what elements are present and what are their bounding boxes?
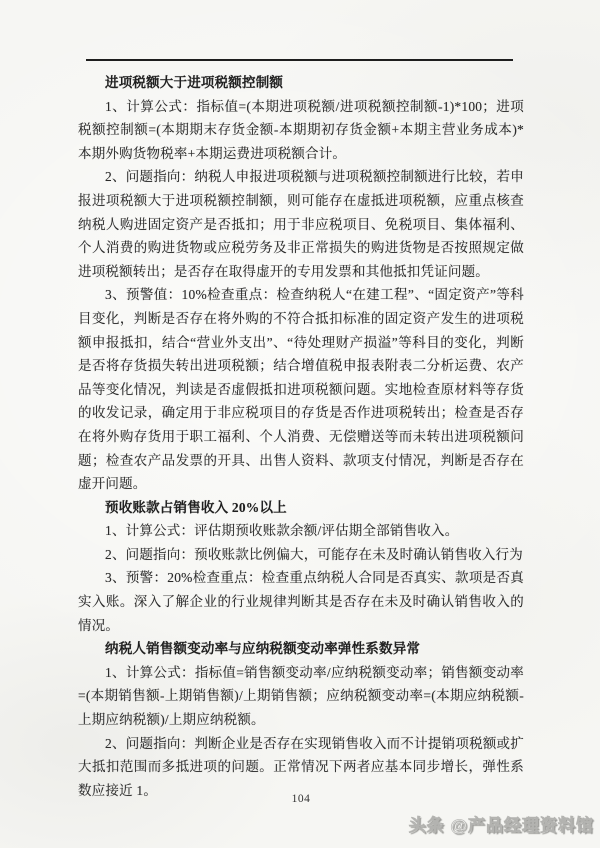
- section-heading: 进项税额大于进项税额控制额: [78, 71, 524, 95]
- paragraph: 1、计算公式：评估期预收账款余额/评估期全部销售收入。: [78, 519, 524, 543]
- section-heading: 纳税人销售额变动率与应纳税额变动率弹性系数异常: [78, 637, 524, 661]
- paragraph: 2、问题指向：预收账款比例偏大，可能存在未及时确认销售收入行为: [78, 543, 524, 567]
- paragraph: 2、问题指向：纳税人申报进项税额与进项税额控制额进行比较，若申报进项税额大于进项…: [78, 165, 524, 283]
- document-page: 进项税额大于进项税额控制额 1、计算公式：指标值=(本期进项税额/进项税额控制额…: [0, 0, 600, 848]
- header-rule: [86, 59, 513, 61]
- paragraph: 2、问题指向：判断企业是否存在实现销售收入而不计提销项税额或扩大抵扣范围而多抵进…: [78, 732, 524, 803]
- watermark: 头条 @产品经理资料馆: [409, 811, 594, 836]
- section-heading: 预收账款占销售收入 20%以上: [78, 496, 524, 520]
- paragraph: 3、预警值：10%检查重点：检查纳税人“在建工程”、“固定资产”等科目变化，判断…: [78, 283, 524, 495]
- page-number: 104: [78, 793, 524, 805]
- paragraph: 3、预警：20%检查重点：检查重点纳税人合同是否真实、款项是否真实入账。深入了解…: [78, 566, 524, 637]
- paragraph: 1、计算公式：指标值=(本期进项税额/进项税额控制额-1)*100；进项税额控制…: [78, 95, 524, 166]
- page-content: 进项税额大于进项税额控制额 1、计算公式：指标值=(本期进项税额/进项税额控制额…: [78, 71, 524, 802]
- paragraph: 1、计算公式：指标值=销售额变动率/应纳税额变动率；销售额变动率=(本期销售额-…: [78, 661, 524, 732]
